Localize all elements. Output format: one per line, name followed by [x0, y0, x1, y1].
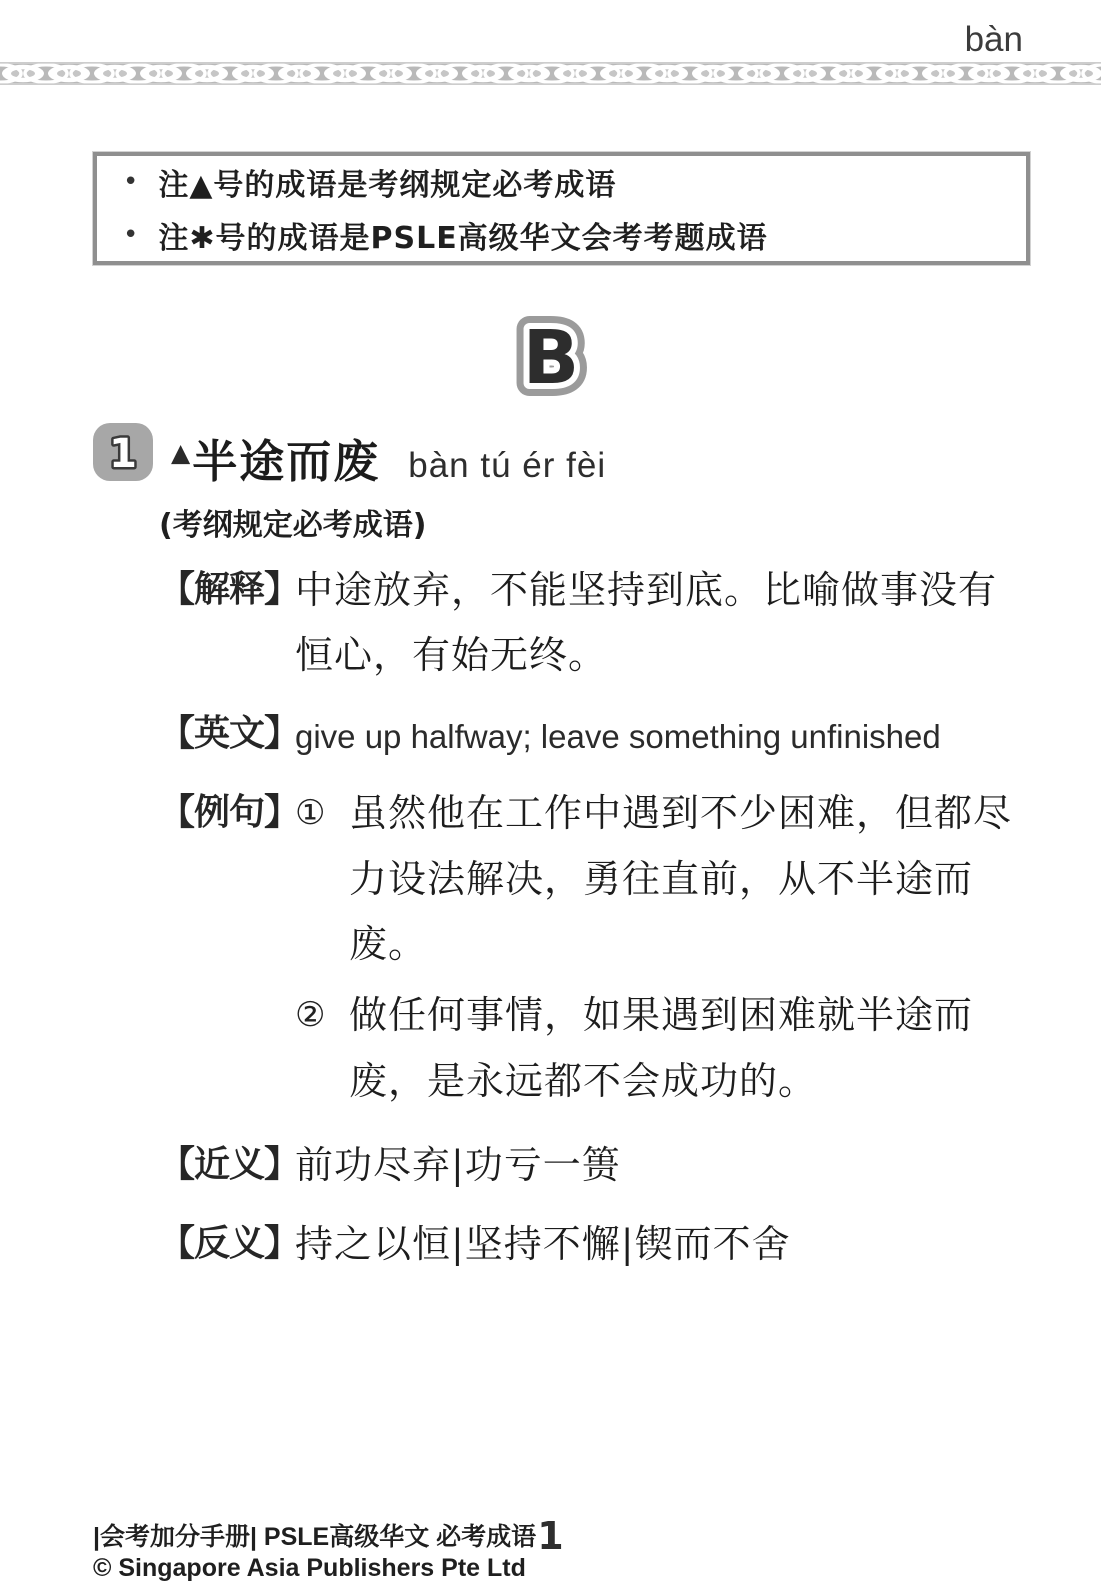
example-number-icon: ② [295, 983, 349, 1114]
examples-row: 【例句】 ① 虽然他在工作中遇到不少困难，但都尽力设法解决，勇往直前，从不半途而… [159, 781, 1031, 1120]
explanation-text: 中途放弃，不能坚持到底。比喻做事没有恒心，有始无终。 [295, 558, 1031, 689]
antonym-text: 持之以恒|坚持不懈|锲而不舍 [295, 1212, 1031, 1277]
entry-category-note: (考纲规定必考成语) [159, 500, 1031, 544]
english-text: give up halfway; leave something unfinis… [295, 702, 1031, 769]
svg-text:B: B [522, 315, 578, 401]
entry-number-badge: 1 [93, 423, 153, 481]
explanation-row: 【解释】 中途放弃，不能坚持到底。比喻做事没有恒心，有始无终。 [159, 558, 1031, 689]
synonym-text: 前功尽弃|功亏一篑 [295, 1133, 1031, 1198]
legend-text-triangle: 注▲号的成语是考纲规定必考成语 [158, 160, 616, 204]
english-row: 【英文】 give up halfway; leave something un… [159, 702, 1031, 769]
synonym-label: 【近义】 [159, 1133, 295, 1198]
section-letter-b-graphic: B B [466, 303, 636, 403]
legend-text-asterisk: 注✱号的成语是PSLE高级华文会考考题成语 [158, 213, 767, 257]
examples-label: 【例句】 [159, 781, 295, 1120]
entry-title: ▲ 半途而废 bàn tú ér fèi [171, 423, 606, 490]
english-label: 【英文】 [159, 702, 295, 769]
bullet-icon: • [123, 222, 138, 248]
antonym-row: 【反义】 持之以恒|坚持不懈|锲而不舍 [159, 1212, 1031, 1277]
example-item-2: ② 做任何事情，如果遇到困难就半途而废，是永远都不会成功的。 [295, 983, 1031, 1114]
synonym-row: 【近义】 前功尽弃|功亏一篑 [159, 1133, 1031, 1198]
entry-header: 1 ▲ 半途而废 bàn tú ér fèi [93, 423, 1031, 490]
svg-text:1: 1 [109, 431, 137, 477]
explanation-label: 【解释】 [159, 558, 295, 689]
example-item-1: ① 虽然他在工作中遇到不少困难，但都尽力设法解决，勇往直前，从不半途而废。 [295, 781, 1031, 977]
legend-note-box: • 注▲号的成语是考纲规定必考成语 • 注✱号的成语是PSLE高级华文会考考题成… [93, 152, 1030, 265]
bullet-icon: • [123, 169, 138, 195]
antonym-label: 【反义】 [159, 1212, 295, 1277]
legend-line: • 注✱号的成语是PSLE高级华文会考考题成语 [123, 213, 1026, 257]
dictionary-page: bàn • 注▲号的成语是考纲规定必考成语 • 注✱号的成语是PSLE高级华文会… [0, 0, 1101, 1586]
example-number-icon: ① [295, 781, 349, 977]
required-idiom-triangle-icon: ▲ [171, 438, 190, 467]
idiom-entry: 1 ▲ 半途而废 bàn tú ér fèi (考纲规定必考成语) 【解释】 中… [93, 423, 1031, 1290]
idiom-text: 半途而废 [192, 425, 380, 490]
definition-rows: 【解释】 中途放弃，不能坚持到底。比喻做事没有恒心，有始无终。 【英文】 giv… [159, 558, 1031, 1277]
examples-list: ① 虽然他在工作中遇到不少困难，但都尽力设法解决，勇往直前，从不半途而废。 ② … [295, 781, 1031, 1120]
page-number: 1 [0, 1514, 1101, 1558]
chain-border-decoration [0, 62, 1101, 85]
legend-line: • 注▲号的成语是考纲规定必考成语 [123, 160, 1026, 204]
idiom-pinyin: bàn tú ér fèi [408, 446, 606, 486]
section-letter: B B [0, 303, 1101, 407]
example-text: 虽然他在工作中遇到不少困难，但都尽力设法解决，勇往直前，从不半途而废。 [349, 781, 1031, 977]
example-text: 做任何事情，如果遇到困难就半途而废，是永远都不会成功的。 [349, 983, 1031, 1114]
page-header-pinyin: bàn [965, 20, 1023, 60]
